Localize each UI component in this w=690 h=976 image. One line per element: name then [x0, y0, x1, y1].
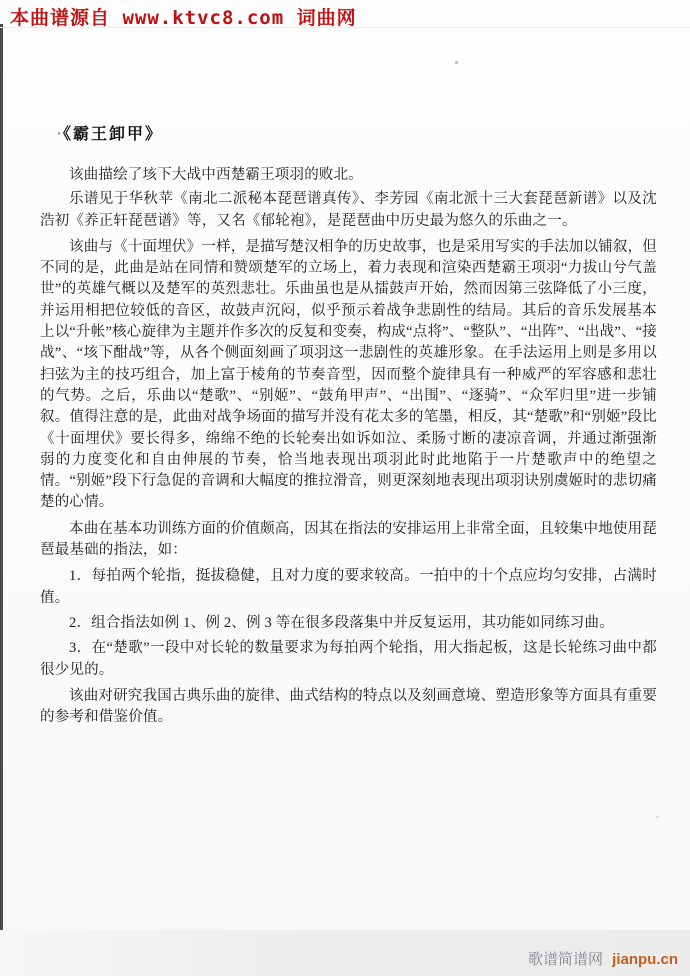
- paragraph-synopsis: 该曲描绘了垓下大战中西楚霸王项羽的败北。: [40, 165, 657, 186]
- paragraph-main-analysis: 该曲与《十面埋伏》一样，是描写楚汉相争的历史故事，也是采用写实的手法加以铺叙，但…: [40, 237, 657, 514]
- footer-site-url: jianpu.cn: [612, 951, 678, 968]
- numbered-point-2: 2．组合指法如例 1、例 2、例 3 等在很多段落集中并反复运用，其功能如同练习…: [40, 613, 657, 634]
- paragraph-score-sources: 乐谱见于华秋苹《南北二派秘本琵琶谱真传》、李芳园《南北派十三大套琵琶新谱》以及沈…: [40, 189, 657, 232]
- source-notice-text: 本曲谱源自 www.ktvc8.com 词曲网: [10, 7, 357, 29]
- footer-watermark: 歌谱简谱网 jianpu.cn: [528, 948, 678, 969]
- source-banner: 本曲谱源自 www.ktvc8.com 词曲网: [10, 3, 357, 30]
- scanned-page: 本曲谱源自 www.ktvc8.com 词曲网 《霸王卸甲》 该曲描绘了垓下大战…: [0, 0, 690, 976]
- numbered-point-3: 3．在“楚歌”一段中对长轮的数量要求为每拍两个轮指，用大指起板，这是长轮练习曲中…: [40, 638, 657, 681]
- paragraph-closing: 该曲对研究我国古典乐曲的旋律、曲式结构的特点以及刻画意境、塑造形象等方面具有重要…: [40, 686, 657, 729]
- paragraph-training-value: 本曲在基本功训练方面的价值颇高，因其在指法的安排运用上非常全面，且较集中地使用琵…: [40, 519, 657, 562]
- piece-title: 《霸王卸甲》: [55, 121, 657, 144]
- footer-watermark-band: 歌谱简谱网 jianpu.cn: [0, 930, 690, 976]
- document-body: 《霸王卸甲》 该曲描绘了垓下大战中西楚霸王项羽的败北。 乐谱见于华秋苹《南北二派…: [40, 121, 657, 731]
- scan-speck: [656, 816, 659, 818]
- scan-edge-line: [0, 24, 3, 965]
- scan-speck: [455, 61, 458, 64]
- footer-site-name: 歌谱简谱网: [528, 951, 603, 968]
- numbered-point-1: 1．每拍两个轮指，挺拔稳健，且对力度的要求较高。一拍中的十个点应均匀安排，占满时…: [40, 566, 657, 609]
- scan-speck: [58, 132, 60, 135]
